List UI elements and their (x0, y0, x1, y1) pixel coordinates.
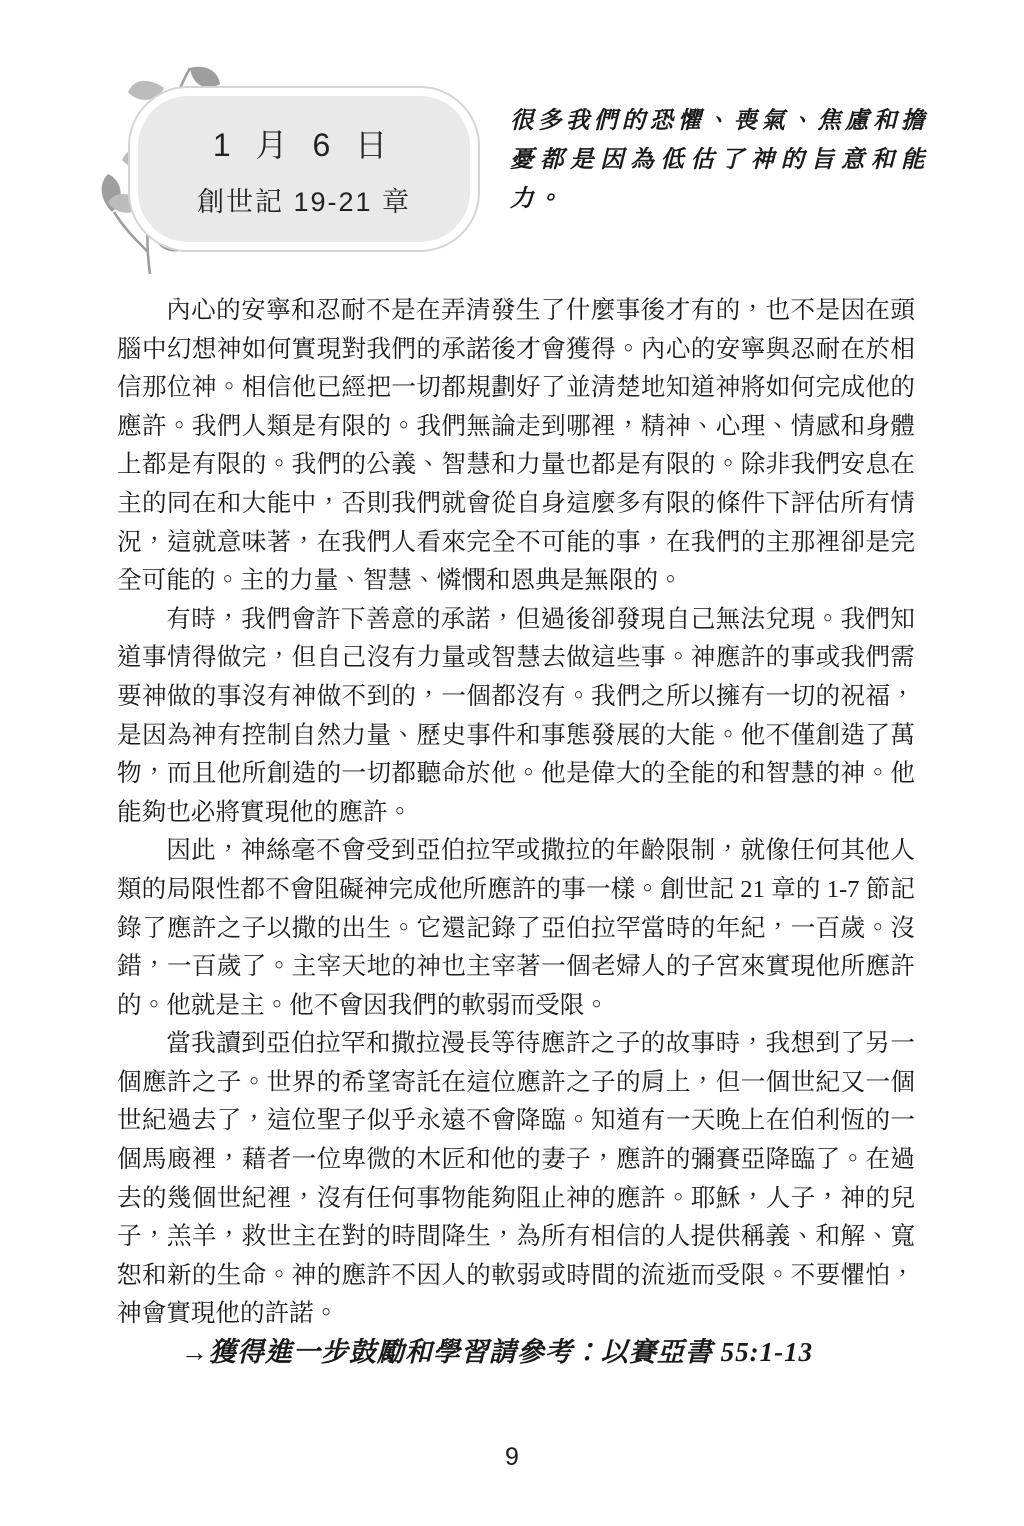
key-thought-quote: 很多我們的恐懼、喪氣、焦慮和擔憂都是因為低估了神的旨意和能力。 (510, 102, 928, 219)
date-reading-box-inner: 1 月 6 日 創世記 19-21 章 (138, 96, 470, 242)
scripture-reading: 創世記 19-21 章 (197, 180, 411, 219)
devotional-body: 內心的安寧和忍耐不是在弄清發生了什麼事後才有的，也不是因在頭腦中幻想神如何實現對… (117, 292, 915, 1334)
further-study-reference: →獲得進一步鼓勵和學習請參考：以賽亞書 55:1-13 (117, 1330, 877, 1369)
body-paragraph: 有時，我們會許下善意的承諾，但過後卻發現自己無法兌現。我們知道事情得做完，但自己… (117, 601, 915, 833)
body-paragraph: 因此，神絲毫不會受到亞伯拉罕或撒拉的年齡限制，就像任何其他人類的局限性都不會阻礙… (117, 832, 915, 1025)
body-paragraph: 內心的安寧和忍耐不是在弄清發生了什麼事後才有的，也不是因在頭腦中幻想神如何實現對… (117, 292, 915, 601)
date-title: 1 月 6 日 (213, 120, 395, 166)
date-reading-box: 1 月 6 日 創世記 19-21 章 (128, 86, 480, 252)
body-paragraph: 當我讀到亞伯拉罕和撒拉漫長等待應許之子的故事時，我想到了另一個應許之子。世界的希… (117, 1025, 915, 1334)
devotional-page: 1 月 6 日 創世記 19-21 章 很多我們的恐懼、喪氣、焦慮和擔憂都是因為… (0, 0, 1024, 1526)
page-number: 9 (0, 1443, 1024, 1472)
